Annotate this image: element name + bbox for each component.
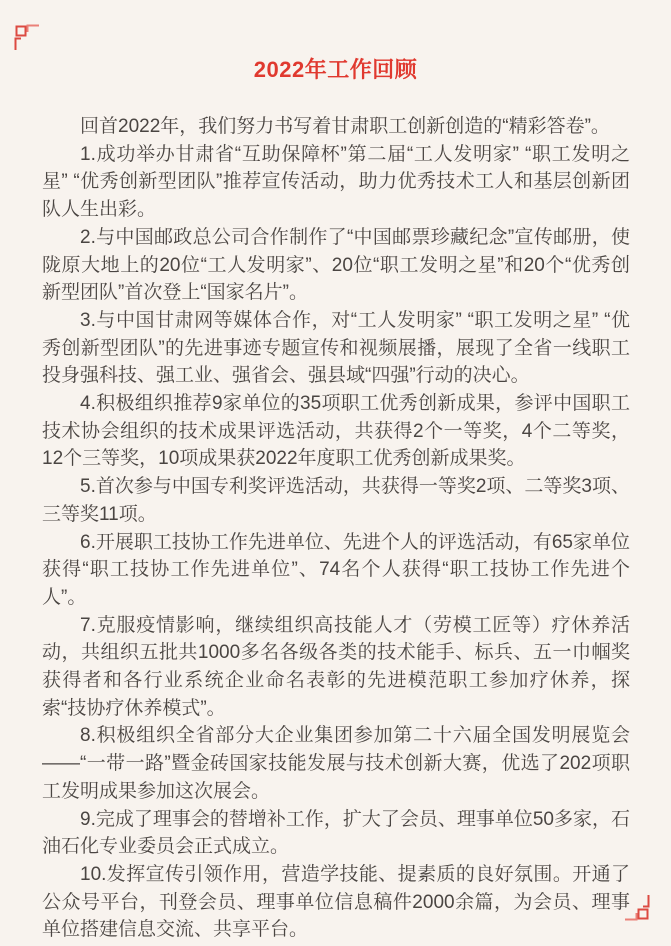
paragraph-item-4: 4.积极组织推荐9家单位的35项职工优秀创新成果，参评中国职工技术协会组织的技术… — [42, 390, 630, 473]
document-body: 回首2022年，我们努力书写着甘肃职工创新创造的“精彩答卷”。 1.成功举办甘肃… — [0, 82, 671, 944]
paragraph-item-1: 1.成功举办甘肃省“互助保障杯”第二届“工人发明家” “职工发明之星” “优秀创… — [42, 141, 630, 224]
paragraph-intro: 回首2022年，我们努力书写着甘肃职工创新创造的“精彩答卷”。 — [42, 113, 630, 141]
meander-corner-bottom-right-icon — [624, 894, 651, 921]
paragraph-item-6: 6.开展职工技协工作先进单位、先进个人的评选活动，有65家单位获得“职工技协工作… — [42, 529, 630, 612]
paragraph-item-5: 5.首次参与中国专利奖评选活动，共获得一等奖2项、二等奖3项、三等奖11项。 — [42, 473, 630, 528]
paragraph-item-10: 10.发挥宣传引领作用，营造学技能、提素质的良好氛围。开通了公众号平台，刊登会员… — [42, 861, 630, 944]
document-page: 2022年工作回顾 回首2022年，我们努力书写着甘肃职工创新创造的“精彩答卷”… — [0, 0, 671, 946]
paragraph-item-2: 2.与中国邮政总公司合作制作了“中国邮票珍藏纪念”宣传邮册，使陇原大地上的20位… — [42, 224, 630, 307]
paragraph-item-7: 7.克服疫情影响，继续组织高技能人才（劳模工匠等）疗休养活动，共组织五批共100… — [42, 612, 630, 723]
paragraph-item-8: 8.积极组织全省部分大企业集团参加第二十六届全国发明展览会——“一带一路”暨金砖… — [42, 722, 630, 805]
paragraph-item-9: 9.完成了理事会的替增补工作，扩大了会员、理事单位50多家，石油石化专业委员会正… — [42, 806, 630, 861]
paragraph-item-3: 3.与中国甘肃网等媒体合作，对“工人发明家” “职工发明之星” “优秀创新型团队… — [42, 307, 630, 390]
meander-corner-top-left-icon — [13, 24, 40, 51]
page-title: 2022年工作回顾 — [0, 0, 671, 82]
